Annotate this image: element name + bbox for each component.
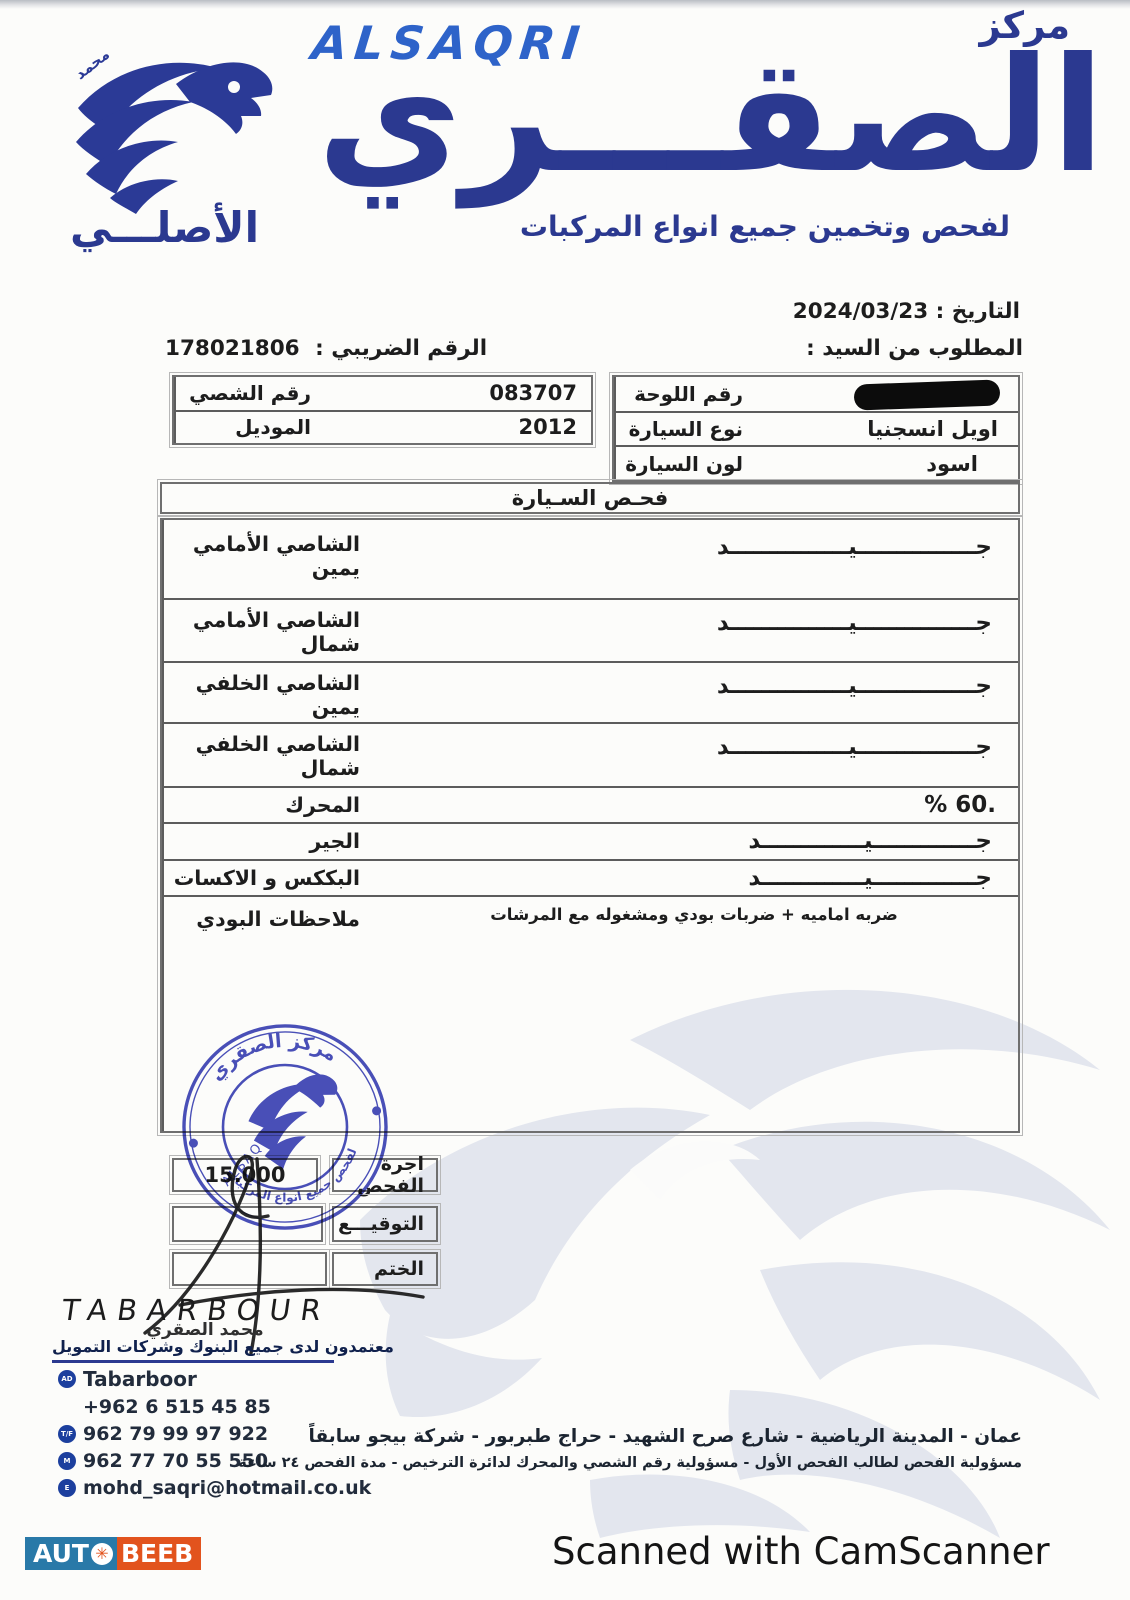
front-chassis-right-label: الشاصي الأمامي يمين [164,520,370,580]
tax-value: 178021806 [165,336,308,361]
rear-chassis-left-label: الشاصي الخلفي شمال [164,724,370,780]
model-year-label: الموديل [176,415,325,439]
date-label: التاريخ : [936,299,1020,324]
requested-from-line: المطلوب من السيد : [806,336,1023,361]
date-line: التاريخ : 2024/03/23 [793,299,1020,324]
address-line-1: عمان - المدينة الرياضية - شارع صرح الشهي… [309,1426,1022,1447]
table-row: % 60. المحرك [162,786,1018,822]
gearbox-label: الجير [164,829,370,853]
front-chassis-right-value: جـــــــــــــــيـــــــــــــــد [370,520,1018,560]
table-row: 2012 الموديل [174,410,591,443]
email-badge-icon: E [58,1479,76,1497]
contact-phone-text: +962 6 515 45 85 [83,1396,271,1418]
table-row: جـــــــــــــيـــــــــــــد البككس و ا… [162,859,1018,895]
table-row: 083707 رقم الشصي [174,377,591,410]
table-row: جـــــــــــــــيـــــــــــــــد الشاصي… [162,661,1018,722]
body-notes-label: ملاحظات البودي [164,897,370,931]
mobile-badge-icon: M [58,1452,76,1470]
date-value: 2024/03/23 [793,299,928,324]
model-year-value: 2012 [325,415,591,439]
contact-address-text: Tabarboor [83,1367,197,1391]
plate-redaction [854,379,1001,410]
brand-name-ar: الصقـــري [317,30,1105,204]
wheel-icon: ✳ [91,1543,113,1565]
rear-chassis-right-label: الشاصي الخلفي يمين [164,663,370,719]
table-row: جـــــــــــــــيـــــــــــــــد الشاصي… [162,598,1018,661]
table-row: رقم اللوحة [614,377,1018,411]
plate-number-label: رقم اللوحة [616,382,757,406]
telfax-badge-icon: T/F [58,1425,76,1443]
contact-email-row: E mohd_saqri@hotmail.co.uk [58,1477,371,1499]
engine-label: المحرك [164,793,370,817]
original-label: الأصلـــي [70,203,259,252]
tax-label: الرقم الضريبي : [315,336,487,361]
body-notes-value: ضربه اماميه + ضربات بودي ومشغوله مع المر… [370,897,1018,924]
axles-value: جـــــــــــــيـــــــــــــد [370,865,1018,891]
inspection-title: فحـص السـيارة [512,486,669,510]
agent-divider [52,1360,334,1363]
scanned-inspection-form: محمد الأصلـــي ALSAQRI مركز الصقـــري لف… [0,0,1130,1600]
axles-label: البككس و الاكسات [164,866,370,890]
tax-number-line: الرقم الضريبي : 178021806 [165,336,487,361]
table-row: جـــــــــــــيـــــــــــــد الجير [162,822,1018,859]
inspection-title-box: فحـص السـيارة [160,482,1020,514]
contact-phone-row: +962 6 515 45 85 [58,1396,371,1418]
autobeeb-left-segment: AUT ✳ [25,1537,117,1570]
gearbox-value: جـــــــــــــيـــــــــــــد [370,828,1018,854]
engine-value: % 60. [370,792,1018,818]
front-chassis-left-value: جـــــــــــــــيـــــــــــــــد [370,600,1018,636]
address-badge-icon: AD [58,1370,76,1388]
agent-accredited-line: معتمدون لدى جميع البنوك وشركات التمويل [52,1337,394,1356]
eagle-logo-icon: محمد [58,46,288,216]
autobeeb-right-text: BEEB [121,1539,193,1568]
vehicle-table-right: رقم اللوحة اويل انسجنيا نوع السيارة اسود… [612,375,1020,482]
car-type-label: نوع السيارة [616,417,757,441]
vehicle-table-left: 083707 رقم الشصي 2012 الموديل [172,375,593,445]
table-row: اسود لون السيارة [614,445,1018,480]
scan-top-band [0,0,1130,9]
eagle-caption-text: محمد [71,46,113,83]
rear-chassis-right-value: جـــــــــــــــيـــــــــــــــد [370,663,1018,699]
car-color-label: لون السيارة [616,452,757,476]
table-row: اويل انسجنيا نوع السيارة [614,411,1018,446]
camscanner-watermark: Scanned with CamScanner [552,1530,1050,1573]
autobeeb-right-segment: BEEB [117,1537,201,1570]
plate-number-cell [757,377,1018,411]
autobeeb-logo: AUT ✳ BEEB [25,1537,201,1570]
contact-address-row: AD Tabarboor [58,1367,371,1391]
contact-email-text: mohd_saqri@hotmail.co.uk [83,1477,371,1499]
table-row: جـــــــــــــــيـــــــــــــــد الشاصي… [162,520,1018,598]
brand-tagline: لفحص وتخمين جميع انواع المركبات [520,210,1010,243]
car-color-value: اسود [757,452,1018,476]
contact-telfax-text: 962 79 99 97 922 [83,1423,268,1445]
chassis-number-value: 083707 [325,381,591,405]
chassis-number-label: رقم الشصي [176,381,325,405]
rear-chassis-left-value: جـــــــــــــــيـــــــــــــــد [370,724,1018,760]
table-row: جـــــــــــــــيـــــــــــــــد الشاصي… [162,722,1018,787]
car-type-value: اويل انسجنيا [757,417,1018,441]
autobeeb-left-text: AUT [33,1539,89,1568]
requested-from-label: المطلوب من السيد : [806,336,1023,361]
address-line-2: مسؤولية الفحص لطالب الفحص الأول - مسؤولي… [238,1455,1022,1471]
front-chassis-left-label: الشاصي الأمامي شمال [164,600,370,656]
